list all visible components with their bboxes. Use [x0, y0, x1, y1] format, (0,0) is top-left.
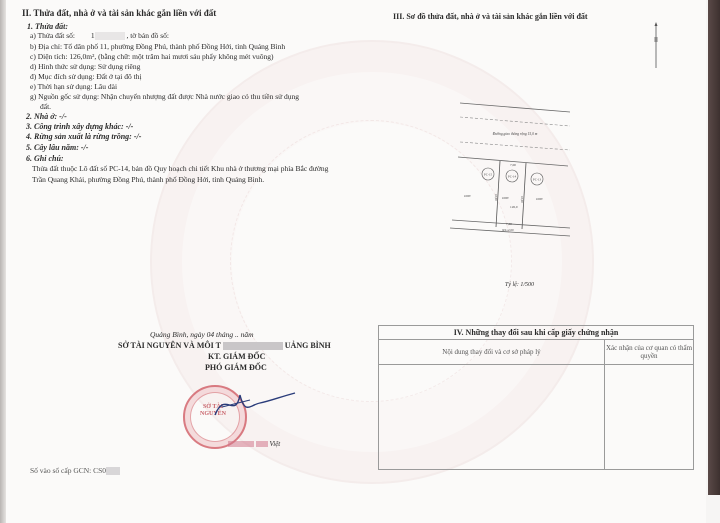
- redacted-block: [95, 32, 125, 40]
- sketch-scale: Tỷ lệ: 1/500: [505, 282, 534, 288]
- confirmation-cell: [605, 365, 694, 470]
- gcn-label: Số vào sổ cấp GCN:: [30, 466, 91, 475]
- changes-table: IV. Những thay đổi sau khi cấp giấy chứn…: [378, 325, 694, 470]
- svg-text:Đường giao thông rộng 15,0 m: Đường giao thông rộng 15,0 m: [492, 132, 538, 137]
- svg-text:7,00: 7,00: [506, 222, 512, 227]
- section-iv-title: IV. Những thay đổi sau khi cấp giấy chứn…: [379, 326, 694, 340]
- svg-text:7,00: 7,00: [510, 163, 516, 168]
- map-sheet-label: , tờ bản đồ số:: [126, 31, 169, 40]
- redacted-block: [256, 441, 268, 447]
- place-date: Quảng Bình, ngày 04 tháng .. năm: [150, 330, 254, 339]
- item-perennial-trees: 5. Cây lâu năm: -/-: [26, 143, 88, 152]
- land-use-origin-cont: đất.: [40, 102, 51, 111]
- svg-text:18,00: 18,00: [493, 194, 498, 201]
- redacted-block: [228, 441, 254, 447]
- section-iii-title: III. Sơ đồ thửa đất, nhà ở và tài sản kh…: [393, 12, 588, 21]
- signer-role-2: PHÓ GIÁM ĐỐC: [205, 363, 267, 372]
- svg-text:PC-15: PC-15: [484, 173, 493, 177]
- item-notes-heading: 6. Ghi chú:: [26, 154, 64, 163]
- land-heading: 1. Thửa đất:: [27, 22, 68, 31]
- signer-name-suffix: Việt: [270, 440, 281, 448]
- background-corner: [706, 495, 720, 523]
- page-left-edge: [0, 0, 6, 523]
- change-content-cell: [379, 365, 605, 470]
- svg-text:126,0: 126,0: [510, 205, 518, 210]
- section-ii-title: II. Thửa đất, nhà ở và tài sản khác gắn …: [22, 8, 216, 18]
- svg-text:ODT: ODT: [536, 197, 544, 201]
- svg-text:ODT: ODT: [464, 194, 472, 198]
- svg-text:18,00: 18,00: [519, 196, 524, 203]
- gcn-value: CS0: [93, 466, 106, 475]
- parcel-label: a) Thửa đất số:: [30, 31, 75, 40]
- land-plot-sketch: Đường giao thông rộng 15,0 m PC-15 PC-14…: [440, 100, 600, 240]
- svg-text:PC-14: PC-14: [508, 175, 517, 179]
- land-address: b) Địa chỉ: Tổ dân phố 11, phường Đồng P…: [30, 42, 285, 51]
- gcn-register-number: Số vào sổ cấp GCN: CS0: [30, 466, 120, 475]
- redacted-block: [223, 342, 283, 350]
- agency-prefix: SỞ TÀI NGUYÊN VÀ MÔI T: [118, 341, 221, 350]
- signature-mark: [210, 385, 300, 425]
- land-use-form: d) Hình thức sử dụng: Sử dụng riêng: [30, 62, 140, 71]
- item-planted-forest: 4. Rừng sản xuất là rừng trồng: -/-: [26, 132, 141, 141]
- land-use-purpose: đ) Mục đích sử dụng: Đất ở tại đô thị: [30, 72, 142, 81]
- agency-suffix: UẢNG BÌNH: [285, 341, 331, 350]
- signer-name: Việt: [228, 440, 280, 448]
- col-authority-confirmation: Xác nhận của cơ quan có thẩm quyền: [605, 340, 694, 365]
- notes-text: Thửa đất thuộc Lô đất số PC-14, bản đồ Q…: [32, 163, 332, 185]
- page-right-edge: [708, 0, 720, 495]
- item-house: 2. Nhà ở: -/-: [26, 112, 67, 121]
- north-arrow-icon: [653, 22, 659, 70]
- svg-text:PC-13: PC-13: [533, 178, 542, 182]
- redacted-block: [106, 467, 120, 475]
- col-change-content: Nội dung thay đổi và cơ sở pháp lý: [379, 340, 605, 365]
- issuing-agency: SỞ TÀI NGUYÊN VÀ MÔI T UẢNG BÌNH: [118, 341, 331, 350]
- land-use-origin: g) Nguồn gốc sử dụng: Nhận chuyển nhượng…: [30, 92, 299, 101]
- land-use-term: e) Thời hạn sử dụng: Lâu dài: [30, 82, 117, 91]
- land-parcel-number: a) Thửa đất số: 1 , tờ bản đồ số:: [30, 31, 169, 40]
- item-other-construction: 3. Công trình xây dựng khác: -/-: [26, 122, 133, 131]
- land-area: c) Diện tích: 126,0m², (bằng chữ: một tr…: [30, 52, 273, 61]
- signer-role-1: KT. GIÁM ĐỐC: [208, 352, 265, 361]
- svg-text:ODT: ODT: [502, 196, 510, 200]
